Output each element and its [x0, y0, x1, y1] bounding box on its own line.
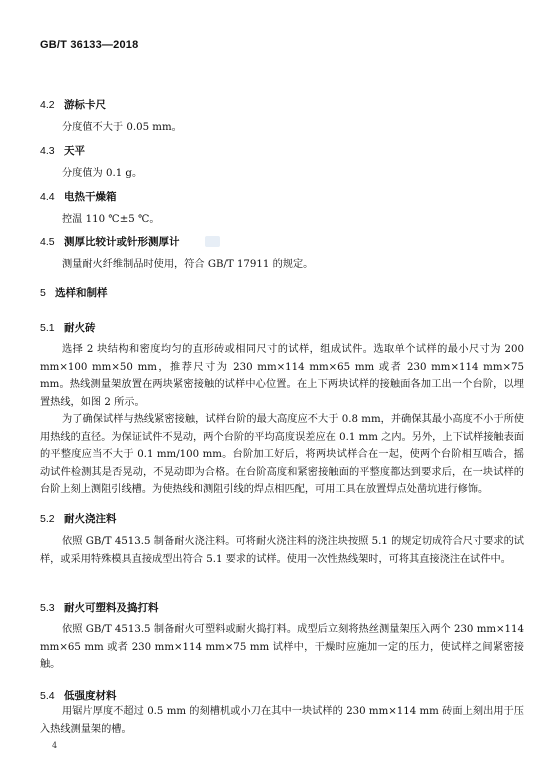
section-body-4-4: 控温 110 ℃±5 ℃。 — [62, 211, 160, 229]
section-body-5-1-para-2: 为了确保试样与热线紧密接触，试样台阶的最大高度应不大于 0.8 mm，并确保其最… — [40, 411, 524, 499]
section-heading-5-1: 5.1耐火砖 — [40, 320, 96, 335]
chapter-heading-5: 5选样和制样 — [40, 285, 108, 300]
document-header: GB/T 36133—2018 — [40, 39, 138, 51]
watermark-logo-icon — [205, 236, 220, 247]
section-heading-4-3: 4.3天平 — [40, 143, 85, 158]
section-body-5-3: 依照 GB/T 4513.5 制备耐火可塑料或耐火捣打料。成型后立刻将热丝测量架… — [40, 621, 524, 674]
section-heading-5-4: 5.4低强度材料 — [40, 688, 117, 703]
section-heading-4-2: 4.2游标卡尺 — [40, 97, 106, 112]
section-body-5-1-para-1: 选择 2 块结构和密度均匀的直形砖或相同尺寸的试样，组成试件。选取单个试样的最小… — [40, 341, 524, 411]
section-heading-4-4: 4.4电热干燥箱 — [40, 189, 117, 204]
section-heading-4-5: 4.5测厚比较计或针形测厚计 — [40, 234, 180, 249]
page-number: 4 — [52, 741, 57, 750]
section-heading-5-2: 5.2耐火浇注料 — [40, 511, 117, 526]
section-body-4-2: 分度值不大于 0.05 mm。 — [62, 119, 182, 137]
section-body-4-5: 测量耐火纤维制品时使用，符合 GB/T 17911 的规定。 — [62, 256, 313, 274]
section-body-5-2: 依照 GB/T 4513.5 制备耐火浇注料。可将耐火浇注料的浇注块按照 5.1… — [40, 533, 524, 568]
section-body-5-4: 用锯片厚度不超过 0.5 mm 的刻槽机或小刀在其中一块试样的 230 mm×1… — [40, 703, 524, 738]
section-heading-5-3: 5.3耐火可塑料及捣打料 — [40, 600, 159, 615]
section-body-4-3: 分度值为 0.1 g。 — [62, 165, 142, 183]
